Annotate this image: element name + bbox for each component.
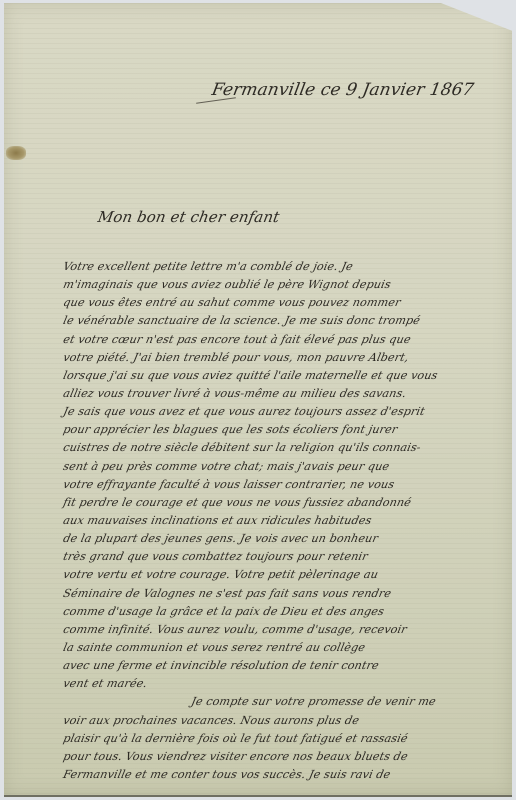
body-line: sent à peu près comme votre chat; mais j… <box>62 460 391 473</box>
body-line: pour apprécier les blagues que les sots … <box>62 423 399 436</box>
body-line: et votre cœur n'est pas encore tout à fa… <box>62 333 412 346</box>
salutation: Mon bon et cher enfant <box>96 208 281 226</box>
body-line: Fermanville et me conter tous vos succès… <box>62 768 392 781</box>
body-line: voir aux prochaines vacances. Nous auron… <box>62 714 360 727</box>
body-line: votre effrayante faculté à vous laisser … <box>62 478 396 491</box>
body-line: aux mauvaises inclinations et aux ridicu… <box>62 514 373 527</box>
body-line: alliez vous trouver livré à vous-même au… <box>62 387 407 400</box>
body-line: de la plupart des jeunes gens. Je vois a… <box>62 532 379 545</box>
body-line: pour tous. Vous viendrez visiter encore … <box>62 750 409 763</box>
body-line: plaisir qu'à la dernière fois où le fut … <box>62 732 409 745</box>
body-line: lorsque j'ai su que vous aviez quitté l'… <box>62 369 439 382</box>
sheet-shadow-edge <box>4 795 512 797</box>
body-line: avec une ferme et invincible résolution … <box>62 659 380 672</box>
place-date-heading: Fermanville ce 9 Janvier 1867 <box>210 80 475 100</box>
body-line: comme infinité. Vous aurez voulu, comme … <box>62 623 408 636</box>
body-line-indented: Je compte sur votre promesse de venir me <box>190 695 437 708</box>
paper-stain <box>6 146 26 160</box>
body-line: la sainte communion et vous serez rentré… <box>62 641 366 654</box>
body-line: fit perdre le courage et que vous ne vou… <box>62 496 412 509</box>
body-line: m'imaginais que vous aviez oublié le pèr… <box>62 278 392 291</box>
body-line: votre vertu et votre courage. Votre peti… <box>62 568 379 581</box>
body-line: très grand que vous combattez toujours p… <box>62 550 369 563</box>
body-line: vent et marée. <box>62 677 148 690</box>
body-line: cuistres de notre siècle débitent sur la… <box>62 441 422 454</box>
body-line: comme d'usage la grâce et la paix de Die… <box>62 605 385 618</box>
body-line: Séminaire de Valognes ne s'est pas fait … <box>62 587 392 600</box>
body-line: Je sais que vous avez et que vous aurez … <box>62 405 426 418</box>
body-line: Votre excellent petite lettre m'a comblé… <box>62 260 354 273</box>
body-line: que vous êtes entré au sahut comme vous … <box>62 296 402 309</box>
body-line: le vénérable sanctuaire de la science. J… <box>62 314 421 327</box>
body-line: votre piété. J'ai bien tremblé pour vous… <box>62 351 410 364</box>
